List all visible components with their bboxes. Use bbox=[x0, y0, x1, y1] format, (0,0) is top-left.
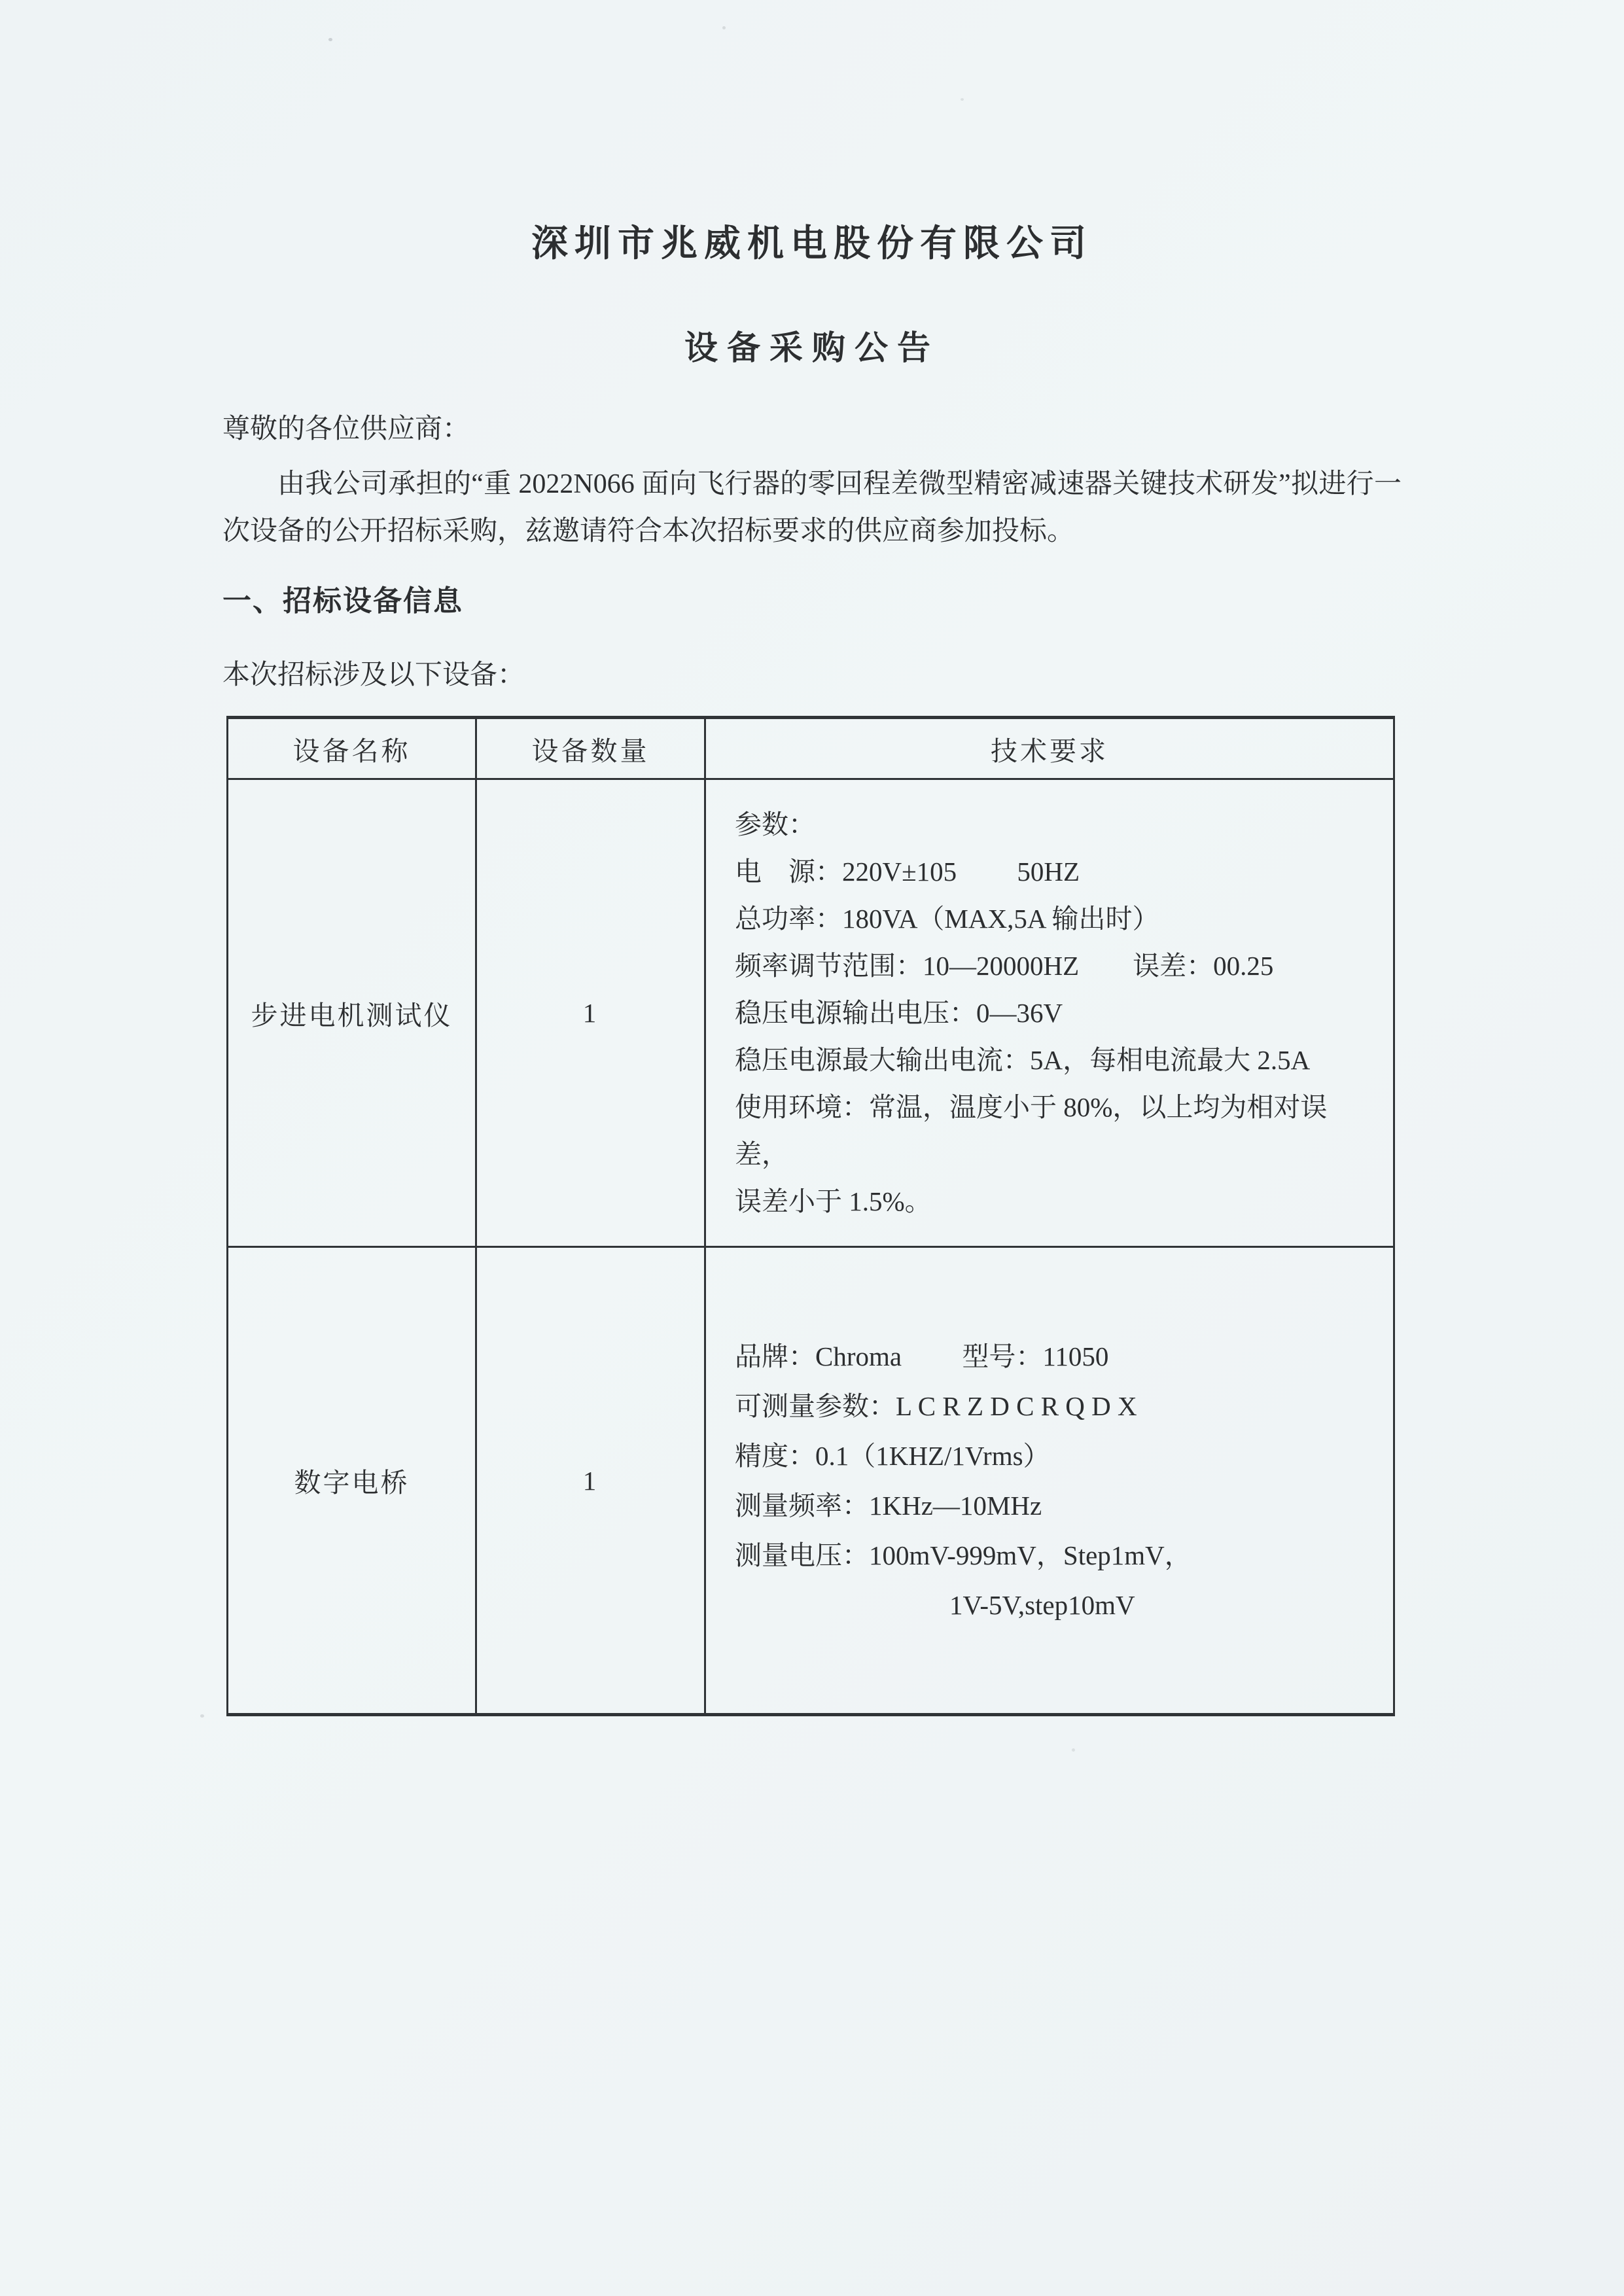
equipment-name: 步进电机测试仪 bbox=[228, 779, 476, 1247]
equipment-quantity: 1 bbox=[476, 779, 705, 1247]
requirement-line: 品牌：Chroma 型号：11050 bbox=[735, 1332, 1375, 1381]
requirement-line: 使用环境：常温，温度小于 80%，以上均为相对误差， bbox=[735, 1084, 1375, 1178]
equipment-table: 设备名称 设备数量 技术要求 步进电机测试仪 1 参数： 电 源：220V±10… bbox=[226, 716, 1395, 1716]
scan-speckle bbox=[961, 98, 964, 101]
scan-speckle bbox=[200, 1714, 204, 1718]
table-row: 数字电桥 1 品牌：Chroma 型号：11050 可测量参数：L C R Z … bbox=[228, 1247, 1394, 1715]
requirement-line: 总功率：180VA（MAX,5A 输出时） bbox=[735, 895, 1375, 942]
requirement-line: 参数： bbox=[735, 801, 1375, 848]
company-title: 深圳市兆威机电股份有限公司 bbox=[0, 0, 1624, 267]
requirement-line: 电 源：220V±105 50HZ bbox=[735, 848, 1375, 895]
requirement-line: 可测量参数：L C R Z D C R Q D X bbox=[735, 1381, 1375, 1431]
requirement-line: 测量电压：100mV-999mV，Step1mV， bbox=[735, 1530, 1375, 1580]
requirement-line: 测量频率：1KHz—10MHz bbox=[735, 1481, 1375, 1530]
section-heading: 一、招标设备信息 bbox=[222, 555, 1402, 619]
equipment-quantity: 1 bbox=[476, 1247, 705, 1715]
scan-speckle bbox=[722, 26, 726, 29]
document-page: 深圳市兆威机电股份有限公司 设备采购公告 尊敬的各位供应商： 由我公司承担的“重… bbox=[0, 0, 1624, 2296]
requirement-line: 稳压电源最大输出电流：5A，每相电流最大 2.5A bbox=[735, 1036, 1375, 1084]
intro-paragraph: 由我公司承担的“重 2022N066 面向飞行器的零回程差微型精密减速器关键技术… bbox=[222, 449, 1402, 555]
table-row: 步进电机测试仪 1 参数： 电 源：220V±105 50HZ 总功率：180V… bbox=[228, 779, 1394, 1247]
table-header-row: 设备名称 设备数量 技术要求 bbox=[228, 718, 1394, 779]
scan-speckle bbox=[1072, 1748, 1075, 1752]
col-header-device-quantity: 设备数量 bbox=[476, 718, 705, 779]
table-lead-text: 本次招标涉及以下设备： bbox=[222, 619, 1402, 692]
equipment-name: 数字电桥 bbox=[228, 1247, 476, 1715]
scan-speckle bbox=[328, 38, 332, 41]
equipment-requirements: 品牌：Chroma 型号：11050 可测量参数：L C R Z D C R Q… bbox=[705, 1247, 1394, 1715]
col-header-device-name: 设备名称 bbox=[228, 718, 476, 779]
col-header-technical-requirements: 技术要求 bbox=[705, 718, 1394, 779]
requirement-line: 1V-5V,step10mV bbox=[949, 1580, 1375, 1630]
document-body: 尊敬的各位供应商： 由我公司承担的“重 2022N066 面向飞行器的零回程差微… bbox=[0, 369, 1624, 1716]
announcement-title: 设备采购公告 bbox=[0, 267, 1624, 369]
requirement-line: 精度：0.1（1KHZ/1Vrms） bbox=[735, 1431, 1375, 1481]
equipment-requirements: 参数： 电 源：220V±105 50HZ 总功率：180VA（MAX,5A 输… bbox=[705, 779, 1394, 1247]
requirement-line: 误差小于 1.5%。 bbox=[735, 1178, 1375, 1225]
requirement-line: 稳压电源输出电压：0—36V bbox=[735, 989, 1375, 1036]
requirement-line: 频率调节范围：10—20000HZ 误差：00.25 bbox=[735, 942, 1375, 989]
greeting-line: 尊敬的各位供应商： bbox=[222, 369, 1402, 449]
